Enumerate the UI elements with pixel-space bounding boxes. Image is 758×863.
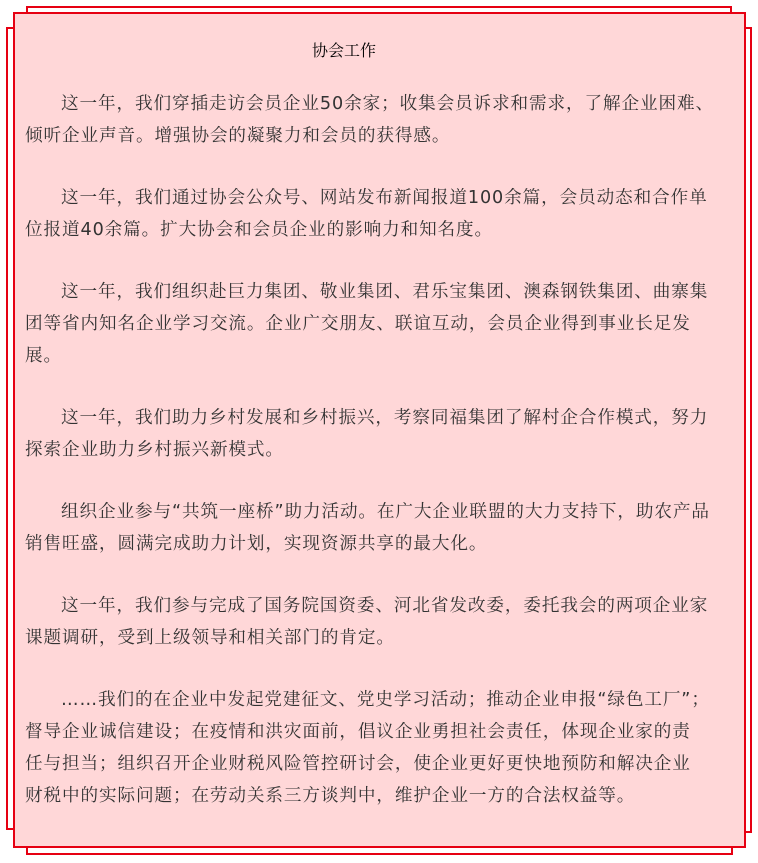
paragraph-spacer bbox=[25, 560, 737, 590]
paragraph-line: 倾听企业声音。增强协会的凝聚力和会员的获得感。 bbox=[25, 120, 737, 152]
paragraph-line: 探索企业助力乡村振兴新模式。 bbox=[25, 434, 737, 466]
title-char-circle: 协 bbox=[312, 38, 328, 61]
paragraph-line: 这一年，我们通过协会公众号、网站发布新闻报道100余篇，会员动态和合作单 bbox=[25, 182, 737, 214]
paragraph-line: 这一年，我们参与完成了国务院国资委、河北省发改委，委托我会的两项企业家 bbox=[25, 590, 737, 622]
paragraph-spacer bbox=[25, 654, 737, 684]
paragraph-other-activities: ……我们的在企业中发起党建征文、党史学习活动；推动企业申报“绿色工厂”； 督导企… bbox=[25, 684, 737, 812]
title-char: 作 bbox=[360, 41, 376, 60]
title-char-circle: 会 bbox=[328, 38, 344, 61]
title-char: 会 bbox=[328, 41, 344, 60]
paragraph-spacer bbox=[25, 466, 737, 496]
paragraph-spacer bbox=[25, 372, 737, 402]
paragraph-rural-revitalization: 这一年，我们助力乡村发展和乡村振兴，考察同福集团了解村企合作模式，努力 探索企业… bbox=[25, 402, 737, 466]
title-char: 协 bbox=[312, 41, 328, 60]
paragraph-publicity: 这一年，我们通过协会公众号、网站发布新闻报道100余篇，会员动态和合作单 位报道… bbox=[25, 182, 737, 246]
paragraph-line: 这一年，我们组织赴巨力集团、敬业集团、君乐宝集团、澳森钢铁集团、曲寨集 bbox=[25, 276, 737, 308]
paragraph-line: ……我们的在企业中发起党建征文、党史学习活动；推动企业申报“绿色工厂”； bbox=[25, 684, 737, 716]
paragraph-line: 团等省内知名企业学习交流。企业广交朋友、联谊互动，会员企业得到事业长足发 bbox=[25, 308, 737, 340]
paragraph-line: 展。 bbox=[25, 340, 737, 372]
paragraph-line: 销售旺盛，圆满完成助力计划，实现资源共享的最大化。 bbox=[25, 528, 737, 560]
article-body: 这一年，我们穿插走访会员企业50余家；收集会员诉求和需求，了解企业困难、 倾听企… bbox=[25, 88, 737, 812]
paragraph-research: 这一年，我们参与完成了国务院国资委、河北省发改委，委托我会的两项企业家 课题调研… bbox=[25, 590, 737, 654]
paragraph-line: 督导企业诚信建设；在疫情和洪灾面前，倡议企业勇担社会责任，体现企业家的责 bbox=[25, 716, 737, 748]
paragraph-line: 位报道40余篇。扩大协会和会员企业的影响力和知名度。 bbox=[25, 214, 737, 246]
paragraph-bridge-activity: 组织企业参与“共筑一座桥”助力活动。在广大企业联盟的大力支持下，助农产品 销售旺… bbox=[25, 496, 737, 560]
paragraph-study-exchange: 这一年，我们组织赴巨力集团、敬业集团、君乐宝集团、澳森钢铁集团、曲寨集 团等省内… bbox=[25, 276, 737, 372]
section-title: 协 会 工 作 bbox=[312, 38, 376, 61]
paragraph-spacer bbox=[25, 246, 737, 276]
paragraph-member-visits: 这一年，我们穿插走访会员企业50余家；收集会员诉求和需求，了解企业困难、 倾听企… bbox=[25, 88, 737, 152]
paragraph-line: 组织企业参与“共筑一座桥”助力活动。在广大企业联盟的大力支持下，助农产品 bbox=[25, 496, 737, 528]
paragraph-line: 任与担当；组织召开企业财税风险管控研讨会，使企业更好更快地预防和解决企业 bbox=[25, 748, 737, 780]
paragraph-line: 课题调研，受到上级领导和相关部门的肯定。 bbox=[25, 622, 737, 654]
title-char-circle: 工 bbox=[344, 38, 360, 61]
paragraph-line: 这一年，我们穿插走访会员企业50余家；收集会员诉求和需求，了解企业困难、 bbox=[25, 88, 737, 120]
title-char-circle: 作 bbox=[360, 38, 376, 61]
paragraph-spacer bbox=[25, 152, 737, 182]
paragraph-line: 财税中的实际问题；在劳动关系三方谈判中，维护企业一方的合法权益等。 bbox=[25, 780, 737, 812]
paragraph-line: 这一年，我们助力乡村发展和乡村振兴，考察同福集团了解村企合作模式，努力 bbox=[25, 402, 737, 434]
title-char: 工 bbox=[344, 41, 360, 60]
